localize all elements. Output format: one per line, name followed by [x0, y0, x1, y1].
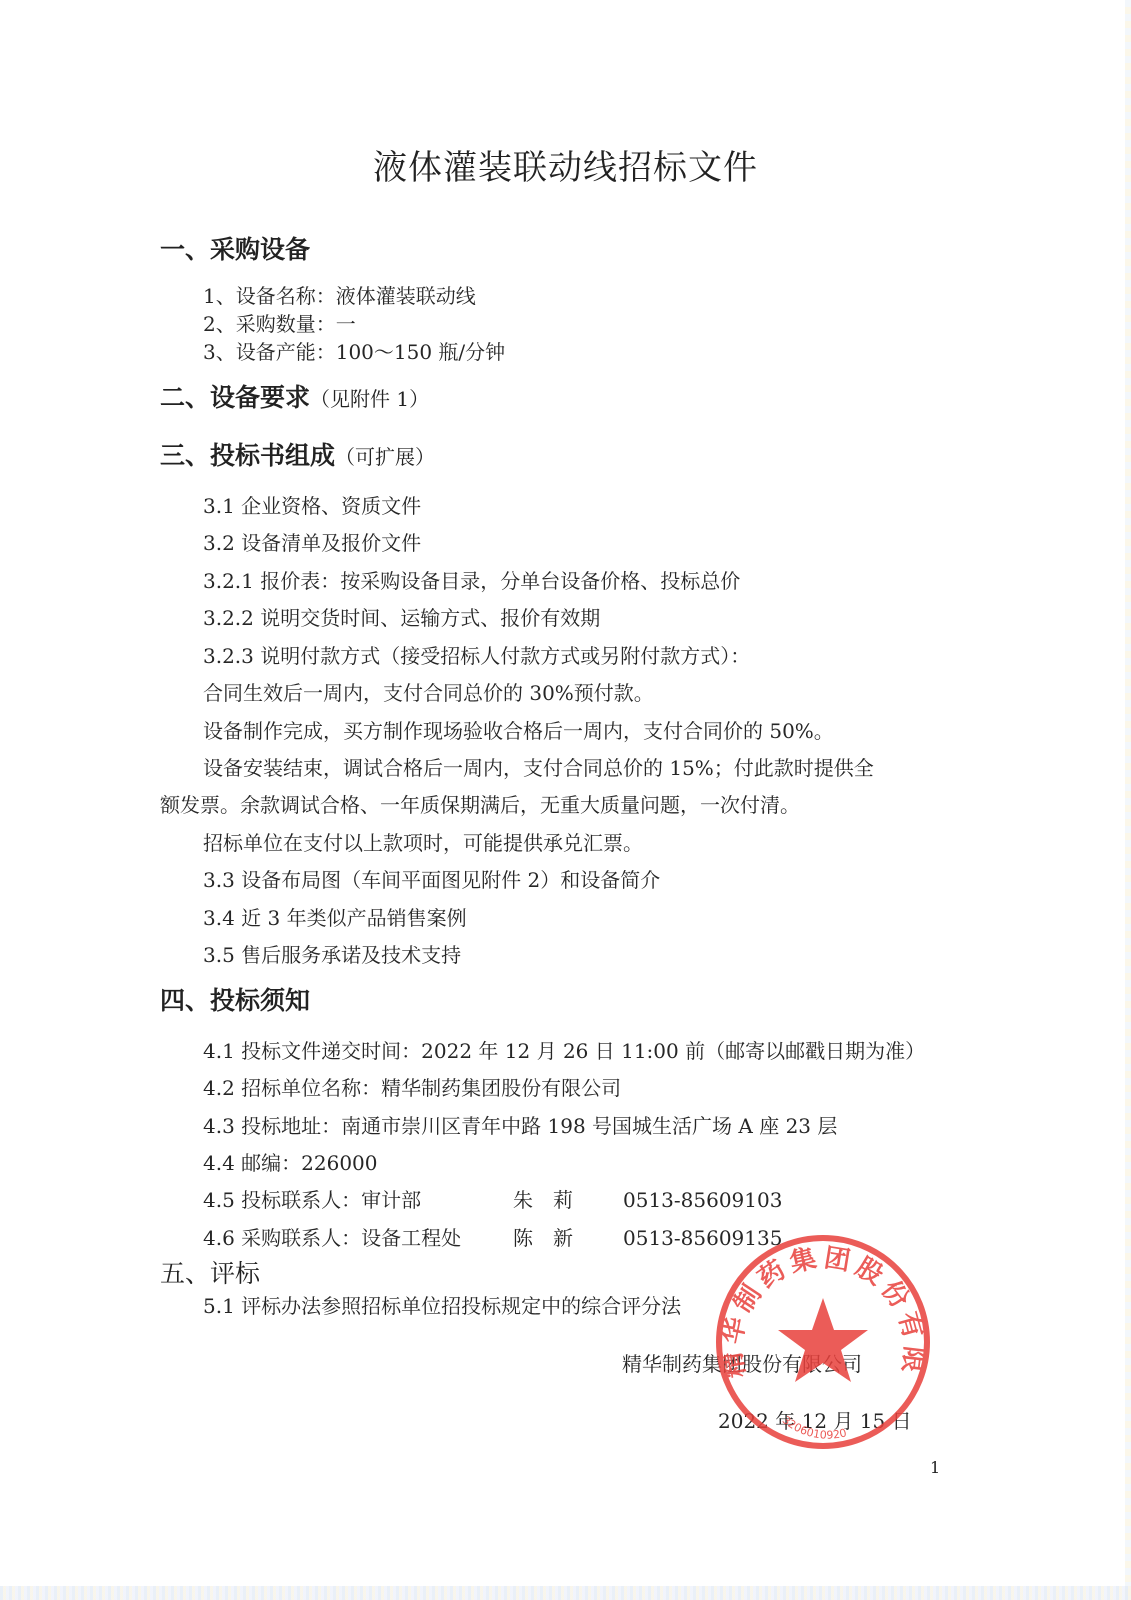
scan-edge-bottom	[0, 1586, 1131, 1600]
s4-item-4-3: 4.3 投标地址：南通市崇川区青年中路 198 号国城生活广场 A 座 23 层	[203, 1110, 837, 1139]
s5-item-5-1: 5.1 评标办法参照招标单位招投标规定中的综合评分法	[203, 1290, 681, 1319]
payment-term-1: 合同生效后一周内，支付合同总价的 30%预付款。	[203, 677, 654, 706]
contact-label: 4.5 投标联系人：审计部	[203, 1184, 513, 1213]
s3-item-3-2-3: 3.2.3 说明付款方式（接受招标人付款方式或另附付款方式）：	[203, 640, 750, 669]
signature-date: 2022 年 12 月 15 日	[718, 1405, 912, 1434]
payment-term-2: 设备制作完成，买方制作现场验收合格后一周内，支付合同价的 50%。	[203, 715, 834, 744]
s3-item-3-3: 3.3 设备布局图（车间平面图见附件 2）和设备简介	[203, 864, 660, 893]
payment-term-4: 招标单位在支付以上款项时，可能提供承兑汇票。	[203, 827, 643, 856]
scan-edge-right	[1125, 0, 1131, 1600]
s4-item-4-2: 4.2 招标单位名称：精华制药集团股份有限公司	[203, 1072, 621, 1101]
s4-item-4-4: 4.4 邮编：226000	[203, 1147, 378, 1176]
contact-label: 4.6 采购联系人：设备工程处	[203, 1222, 513, 1251]
s1-item-2: 2、采购数量：一	[203, 308, 356, 337]
s3-item-3-4: 3.4 近 3 年类似产品销售案例	[203, 902, 467, 931]
s3-item-3-1: 3.1 企业资格、资质文件	[203, 490, 421, 519]
contact-name: 朱 莉	[513, 1184, 623, 1213]
signature-company: 精华制药集团股份有限公司	[622, 1348, 862, 1377]
payment-term-3: 设备安装结束，调试合格后一周内，支付合同总价的 15%；付此款时提供全	[203, 752, 874, 781]
section-3-heading: 三、投标书组成（可扩展）	[160, 436, 435, 472]
page-number: 1	[930, 1458, 940, 1477]
contact-name: 陈 新	[513, 1222, 623, 1251]
s4-contact-bid: 4.5 投标联系人：审计部朱 莉0513-85609103	[203, 1184, 782, 1213]
section-1-heading: 一、采购设备	[160, 230, 310, 266]
s4-contact-purchase: 4.6 采购联系人：设备工程处陈 新0513-85609135	[203, 1222, 782, 1251]
s1-item-1: 1、设备名称：液体灌装联动线	[203, 280, 476, 309]
contact-phone: 0513-85609103	[623, 1188, 782, 1212]
payment-term-3-cont: 额发票。余款调试合格、一年质保期满后，无重大质量问题，一次付清。	[160, 789, 800, 818]
document-title: 液体灌装联动线招标文件	[0, 140, 1131, 189]
section-2-heading: 二、设备要求（见附件 1）	[160, 378, 429, 414]
s3-item-3-2-1: 3.2.1 报价表：按采购设备目录，分单台设备价格、投标总价	[203, 565, 740, 594]
section-3-title: 三、投标书组成	[160, 441, 335, 470]
section-2-title: 二、设备要求	[160, 383, 310, 412]
s4-item-4-1: 4.1 投标文件递交时间：2022 年 12 月 26 日 11:00 前（邮寄…	[203, 1035, 925, 1064]
section-2-note: （见附件 1）	[310, 387, 429, 411]
s1-item-3: 3、设备产能：100～150 瓶/分钟	[203, 336, 505, 365]
s3-item-3-5: 3.5 售后服务承诺及技术支持	[203, 939, 461, 968]
section-5-heading: 五、评标	[160, 1254, 260, 1290]
s3-item-3-2: 3.2 设备清单及报价文件	[203, 527, 421, 556]
contact-phone: 0513-85609135	[623, 1226, 782, 1250]
section-3-note: （可扩展）	[335, 445, 435, 469]
section-4-heading: 四、投标须知	[160, 981, 310, 1017]
s3-item-3-2-2: 3.2.2 说明交货时间、运输方式、报价有效期	[203, 602, 600, 631]
